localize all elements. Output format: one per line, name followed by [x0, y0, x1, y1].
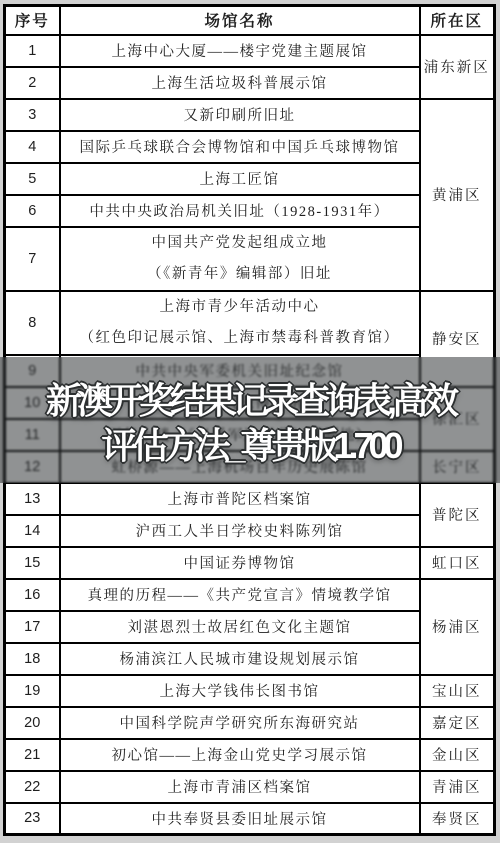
page: 序号场馆名称所在区 1上海中心大厦——楼宇党建主题展馆浦东新区2上海生活垃圾科普…	[0, 0, 500, 843]
row-number-cell: 17	[5, 611, 60, 643]
row-number-cell: 23	[5, 803, 60, 835]
district-cell: 嘉定区	[420, 707, 495, 739]
header-cell-2: 所在区	[420, 6, 495, 35]
table-row: 3又新印刷所旧址黄浦区	[5, 99, 495, 131]
row-number-cell: 21	[5, 739, 60, 771]
venue-name-line: （《新青年》编辑部）旧址	[61, 259, 419, 290]
row-number-cell: 2	[5, 67, 60, 99]
venue-name-cell: 上海中心大厦——楼宇党建主题展馆	[60, 35, 420, 67]
venue-name-cell: 中共奉贤县委旧址展示馆	[60, 803, 420, 835]
table-row: 20中国科学院声学研究所东海研究站嘉定区	[5, 707, 495, 739]
watermark-line-2: 评估方法_尊贵版1.700	[101, 423, 398, 468]
table-header-row: 序号场馆名称所在区	[5, 6, 495, 35]
row-number-cell: 8	[5, 291, 60, 355]
district-cell: 金山区	[420, 739, 495, 771]
table-row: 8上海市青少年活动中心（红色印记展示馆、上海市禁毒科普教育馆）静安区	[5, 291, 495, 355]
venue-name-cell: 中国证券博物馆	[60, 547, 420, 579]
table-row: 21初心馆——上海金山党史学习展示馆金山区	[5, 739, 495, 771]
row-number-cell: 15	[5, 547, 60, 579]
venue-name-cell: 中国共产党发起组成立地（《新青年》编辑部）旧址	[60, 227, 420, 291]
row-number-cell: 22	[5, 771, 60, 803]
venue-name-cell: 中共中央政治局机关旧址（1928-1931年）	[60, 195, 420, 227]
district-cell: 奉贤区	[420, 803, 495, 835]
table-row: 19上海大学钱伟长图书馆宝山区	[5, 675, 495, 707]
watermark-line-1: 新澳开奖结果记录查询表,高效	[46, 378, 454, 423]
venue-name-cell: 刘湛恩烈士故居红色文化主题馆	[60, 611, 420, 643]
table-row: 15中国证券博物馆虹口区	[5, 547, 495, 579]
row-number-cell: 20	[5, 707, 60, 739]
district-cell: 浦东新区	[420, 35, 495, 99]
district-cell: 普陀区	[420, 483, 495, 547]
row-number-cell: 5	[5, 163, 60, 195]
table-row: 16真理的历程——《共产党宣言》情境教学馆杨浦区	[5, 579, 495, 611]
row-number-cell: 7	[5, 227, 60, 291]
district-cell: 青浦区	[420, 771, 495, 803]
row-number-cell: 4	[5, 131, 60, 163]
district-cell: 黄浦区	[420, 99, 495, 291]
table-row: 13上海市普陀区档案馆普陀区	[5, 483, 495, 515]
row-number-cell: 18	[5, 643, 60, 675]
row-number-cell: 19	[5, 675, 60, 707]
venue-name-cell: 杨浦滨江人民城市建设规划展示馆	[60, 643, 420, 675]
district-cell: 杨浦区	[420, 579, 495, 675]
district-cell: 虹口区	[420, 547, 495, 579]
venue-name-cell: 又新印刷所旧址	[60, 99, 420, 131]
venue-name-cell: 国际乒乓球联合会博物馆和中国乒乓球博物馆	[60, 131, 420, 163]
venue-name-cell: 真理的历程——《共产党宣言》情境教学馆	[60, 579, 420, 611]
venue-name-line: 中国共产党发起组成立地	[61, 228, 419, 259]
row-number-cell: 1	[5, 35, 60, 67]
row-number-cell: 14	[5, 515, 60, 547]
venue-name-line: 上海市青少年活动中心	[61, 292, 419, 323]
venue-name-cell: 初心馆——上海金山党史学习展示馆	[60, 739, 420, 771]
venue-name-cell: 上海工匠馆	[60, 163, 420, 195]
venue-name-cell: 上海市青少年活动中心（红色印记展示馆、上海市禁毒科普教育馆）	[60, 291, 420, 355]
table-row: 23中共奉贤县委旧址展示馆奉贤区	[5, 803, 495, 835]
venue-name-line: （红色印记展示馆、上海市禁毒科普教育馆）	[61, 323, 419, 354]
header-cell-1: 场馆名称	[60, 6, 420, 35]
venue-name-cell: 上海生活垃圾科普展示馆	[60, 67, 420, 99]
venue-name-cell: 上海大学钱伟长图书馆	[60, 675, 420, 707]
row-number-cell: 6	[5, 195, 60, 227]
watermark-overlay: 新澳开奖结果记录查询表,高效 评估方法_尊贵版1.700	[0, 357, 500, 483]
venue-name-cell: 沪西工人半日学校史料陈列馆	[60, 515, 420, 547]
venue-name-cell: 上海市普陀区档案馆	[60, 483, 420, 515]
venue-name-cell: 中国科学院声学研究所东海研究站	[60, 707, 420, 739]
row-number-cell: 3	[5, 99, 60, 131]
row-number-cell: 16	[5, 579, 60, 611]
row-number-cell: 13	[5, 483, 60, 515]
district-cell: 宝山区	[420, 675, 495, 707]
venue-name-cell: 上海市青浦区档案馆	[60, 771, 420, 803]
table-row: 22上海市青浦区档案馆青浦区	[5, 771, 495, 803]
header-cell-0: 序号	[5, 6, 60, 35]
table-row: 1上海中心大厦——楼宇党建主题展馆浦东新区	[5, 35, 495, 67]
